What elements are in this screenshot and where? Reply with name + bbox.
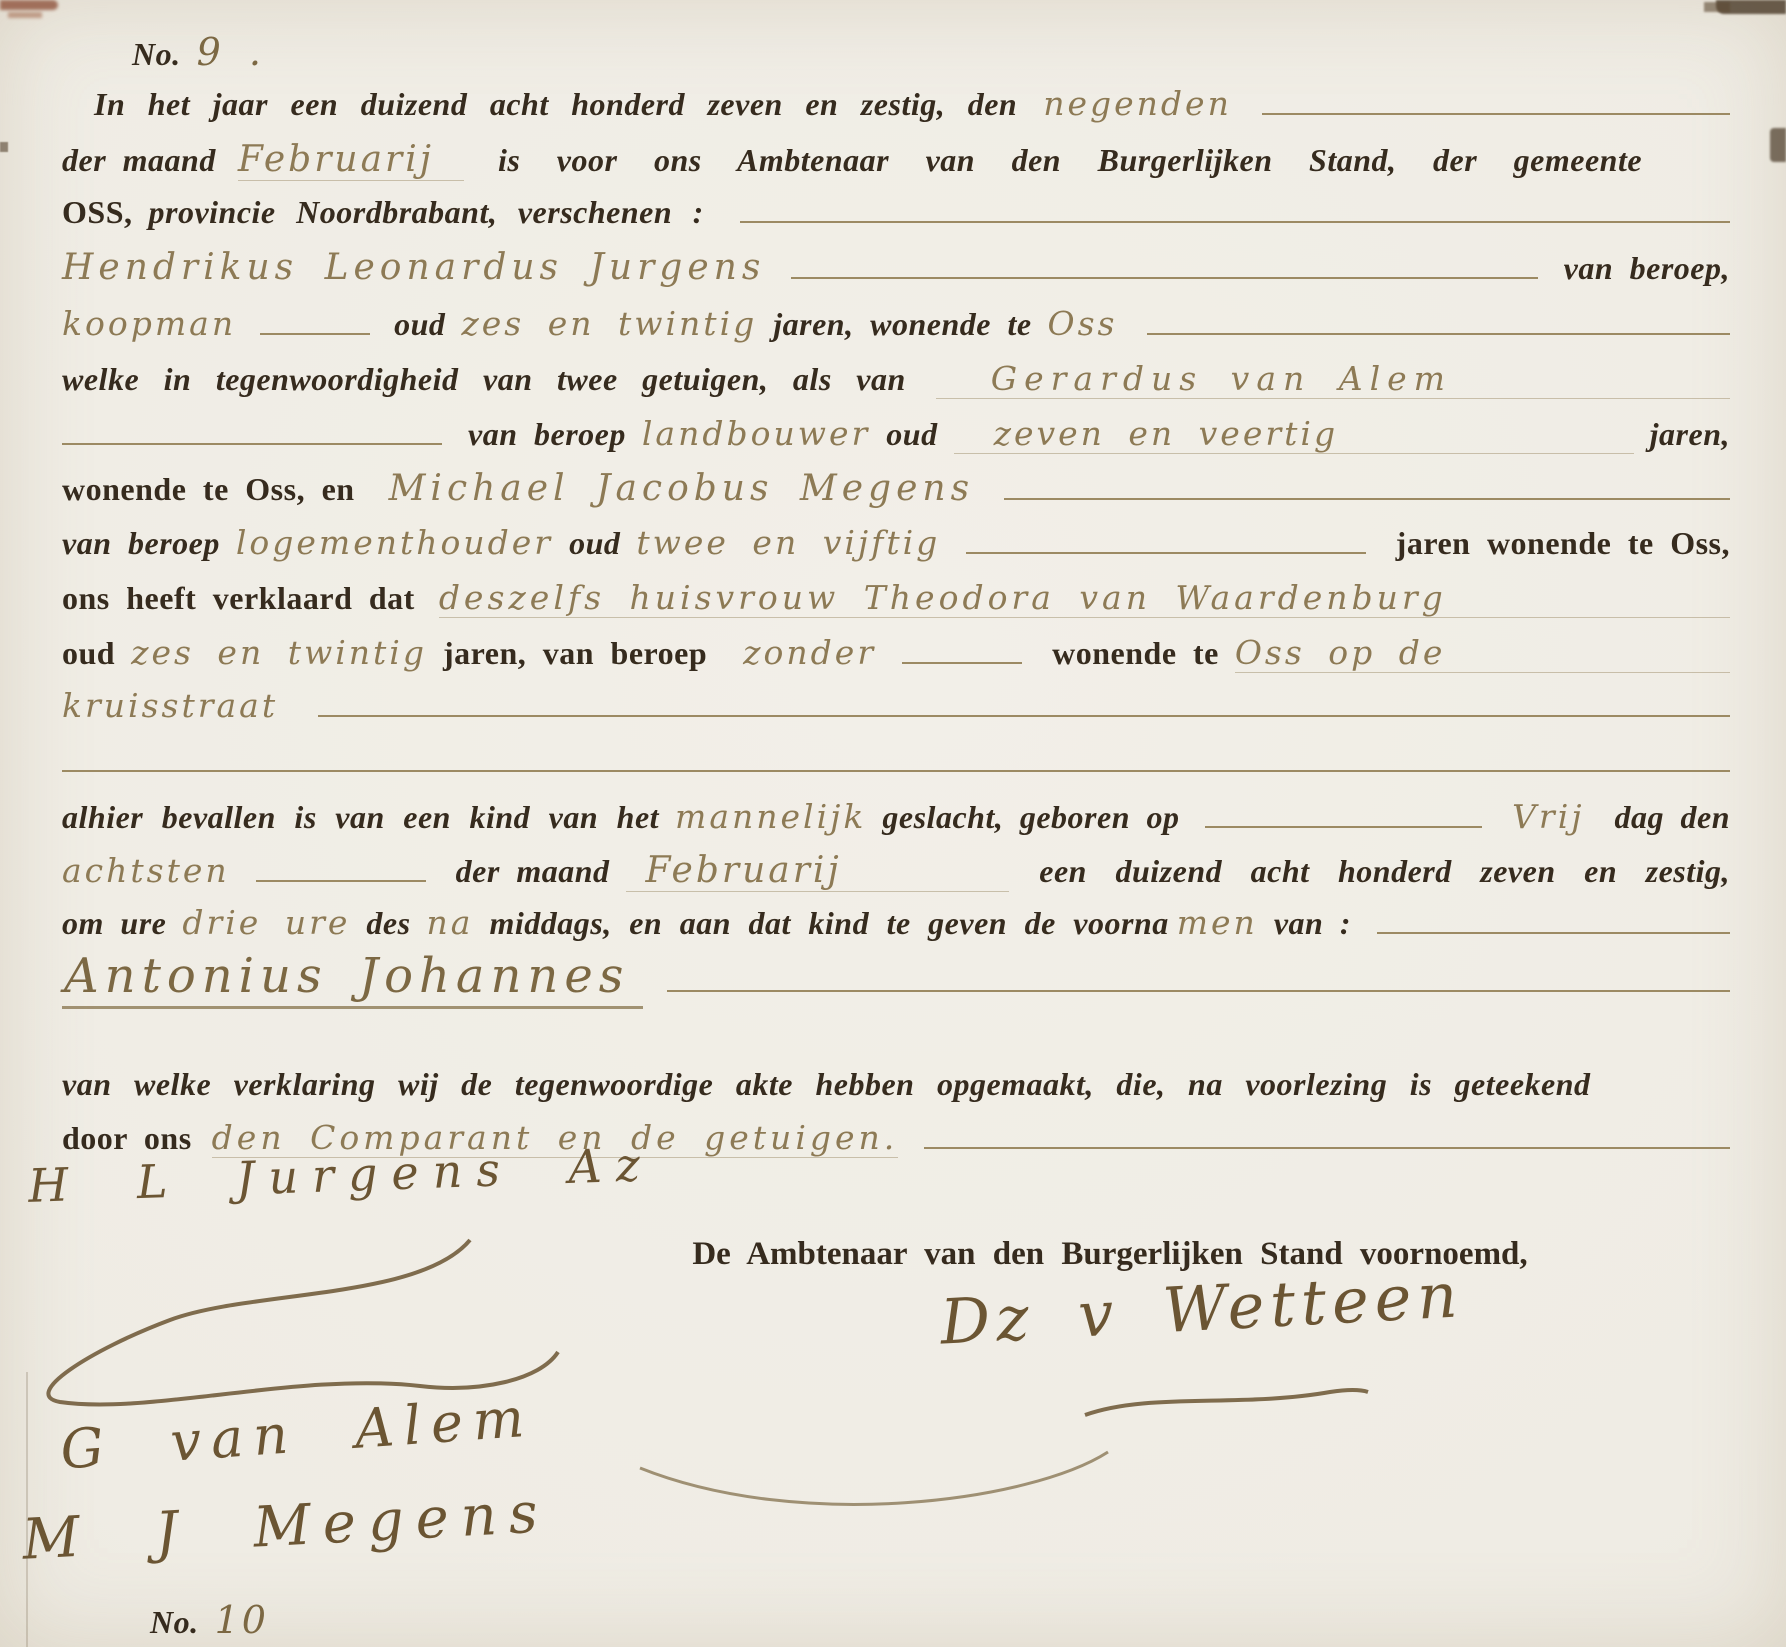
handwritten-birth-day-ordinal: achtsten — [62, 851, 230, 890]
fill-line — [740, 217, 1730, 223]
printed-municipality-name: OSS, — [62, 194, 132, 231]
fill-line — [1205, 822, 1482, 828]
printed-occupation-label: van beroep — [468, 416, 626, 453]
record-number-label: No. — [132, 36, 181, 73]
scan-artifact — [1704, 2, 1730, 12]
handwritten-street-name: kruisstraat — [62, 686, 278, 725]
fill-line — [318, 711, 1730, 717]
line-birth-statement: alhier bevallen is van een kind van het … — [62, 797, 1730, 847]
scan-artifact — [8, 12, 42, 18]
printed-residence-label: wonende te — [1052, 635, 1219, 672]
handwritten-witness2-age: twee en vijftig — [636, 523, 940, 562]
fill-line — [667, 986, 1730, 992]
handwritten-witness2-occupation: logementhouder — [236, 523, 553, 562]
witness1-signature: G van Alem — [58, 1386, 536, 1482]
printed-registrar-text: is voor ons Ambtenaar van den Burgerlijk… — [498, 142, 1642, 179]
line-birth-date: achtsten der maand Februarij een duizend… — [62, 850, 1730, 900]
printed-by-us-label: door ons — [62, 1120, 192, 1157]
handwritten-declarant-residence: Oss — [1048, 304, 1118, 343]
handwritten-month: Februarij — [238, 139, 464, 181]
printed-residence-label: jaren, wonende te — [773, 306, 1031, 343]
printed-birth-text: alhier bevallen is van een kind van het — [62, 799, 659, 836]
official-signature: Dz v Wetteen — [938, 1258, 1464, 1358]
handwritten-witness1-name: Gerardus van Alem — [936, 359, 1730, 399]
line-month-official: der maand Februarij is voor ons Ambtenaa… — [62, 139, 1730, 189]
handwritten-name-suffix: men — [1177, 903, 1258, 942]
official-underline-stroke — [1085, 1390, 1368, 1415]
printed-age-label: oud — [569, 525, 620, 562]
line-municipality: OSS, provincie Noordbrabant, verschenen … — [62, 194, 1730, 244]
record-number-value: 9 . — [197, 30, 264, 74]
printed-born-on-label: geslacht, geboren op — [882, 799, 1179, 836]
fill-line — [62, 439, 442, 445]
printed-birth-year-text: een duizend acht honderd zeven en zestig… — [1039, 853, 1730, 890]
line-birth-time-names: om ure drie ure des na middags, en aan d… — [62, 903, 1730, 953]
line-witnesses-intro: welke in tegenwoordigheid van twee getui… — [62, 359, 1730, 409]
fill-line — [1004, 494, 1730, 500]
line-year-and-day: In het jaar een duizend acht honderd zev… — [94, 84, 1730, 134]
printed-month-label: der maand — [62, 142, 216, 179]
printed-names-intro-text: middags, en aan dat kind te geven de voo… — [489, 905, 1168, 942]
fill-line — [1147, 329, 1730, 335]
printed-province-text: provincie Noordbrabant, verschenen : — [148, 194, 703, 231]
witness1-tail-stroke — [640, 1452, 1108, 1504]
line-child-names: Antonius Johannes — [62, 948, 1730, 1028]
printed-occupation-label: van beroep — [62, 525, 220, 562]
fill-line — [966, 548, 1365, 554]
printed-occupation-label: van beroep, — [1564, 250, 1730, 287]
printed-of-label: des — [366, 905, 410, 942]
fill-line — [1262, 109, 1730, 115]
handwritten-witness1-age: zeven en veertig — [954, 414, 1634, 454]
scan-artifact — [0, 142, 8, 152]
fill-line — [1377, 928, 1730, 934]
handwritten-birth-hour: drie ure — [182, 903, 350, 942]
printed-of-colon: van : — [1274, 905, 1351, 942]
printed-closing-text: van welke verklaring wij de tegenwoordig… — [62, 1066, 1591, 1103]
printed-year-text: In het jaar een duizend acht honderd zev… — [94, 86, 1017, 123]
printed-age-label: oud — [394, 306, 445, 343]
line-declarant-name: Hendrikus Leonardus Jurgens van beroep, — [62, 247, 1730, 297]
declarant-paraph-stroke — [48, 1240, 558, 1404]
handwritten-mother-age: zes en twintig — [131, 633, 427, 672]
handwritten-mother-name: deszelfs huisvrouw Theodora van Waardenb… — [439, 578, 1730, 618]
handwritten-witness1-occupation: landbouwer — [642, 414, 870, 453]
printed-residence-text: jaren wonende te Oss, — [1396, 525, 1730, 562]
printed-declaration-text: ons heeft verklaard dat — [62, 580, 415, 617]
record-number-line: No. 9 . — [132, 30, 532, 80]
printed-witnesses-text: welke in tegenwoordigheid van twee getui… — [62, 361, 906, 398]
witness2-signature: M J Megens — [21, 1480, 551, 1573]
line-witness2-details: van beroep logementhouder oud twee en vi… — [62, 523, 1730, 573]
handwritten-mother-occupation: zonder — [743, 633, 876, 672]
handwritten-birth-month: Februarij — [626, 850, 1010, 892]
handwritten-day-ordinal: negenden — [1043, 84, 1232, 123]
blank-rule-line — [62, 770, 1730, 772]
fill-line — [256, 876, 426, 882]
handwritten-birth-weekday: Vrij — [1512, 797, 1584, 836]
fill-line — [902, 658, 1022, 664]
handwritten-child-gender: mannelijk — [675, 797, 866, 836]
fill-line — [791, 273, 1537, 279]
line-mother-declaration: ons heeft verklaard dat deszelfs huisvro… — [62, 578, 1730, 628]
fill-line — [260, 329, 370, 335]
handwritten-child-names: Antonius Johannes — [62, 948, 643, 1009]
line-witness1-details: van beroep landbouwer oud zeven en veert… — [62, 414, 1730, 464]
printed-residence-text: wonende te Oss, en — [62, 471, 355, 508]
handwritten-declarant-occupation: koopman — [62, 304, 236, 343]
fill-line — [924, 1143, 1730, 1149]
printed-occupation-label: jaren, van beroep — [443, 635, 707, 672]
line-witness2-name: wonende te Oss, en Michael Jacobus Megen… — [62, 468, 1730, 518]
line-closing-statement: van welke verklaring wij de tegenwoordig… — [62, 1066, 1730, 1116]
next-record-number-value: 10 — [215, 1598, 269, 1642]
scan-artifact — [1770, 128, 1786, 162]
line-declarant-details: koopman oud zes en twintig jaren, wonend… — [62, 304, 1730, 354]
printed-age-label: oud — [62, 635, 115, 672]
handwritten-declarant-age: zes en twintig — [461, 304, 757, 343]
printed-years-label: jaren, — [1650, 416, 1730, 453]
next-record-number-line: No. 10 — [150, 1598, 450, 1647]
handwritten-declarant-name: Hendrikus Leonardus Jurgens — [62, 247, 765, 288]
handwritten-witness2-name: Michael Jacobus Megens — [389, 468, 975, 509]
birth-certificate-document: No. 9 . In het jaar een duizend acht hon… — [0, 0, 1786, 1647]
line-mother-details: oud zes en twintig jaren, van beroep zon… — [62, 633, 1730, 683]
line-street: kruisstraat — [62, 686, 1730, 736]
printed-age-label: oud — [886, 416, 937, 453]
printed-month-label: der maand — [456, 853, 610, 890]
handwritten-mother-residence: Oss op de — [1235, 633, 1730, 673]
next-record-number-label: No. — [150, 1604, 199, 1641]
printed-day-label: dag den — [1615, 799, 1731, 836]
handwritten-meridiem: na — [427, 903, 474, 942]
scan-artifact — [0, 0, 58, 10]
printed-hour-label: om ure — [62, 905, 166, 942]
